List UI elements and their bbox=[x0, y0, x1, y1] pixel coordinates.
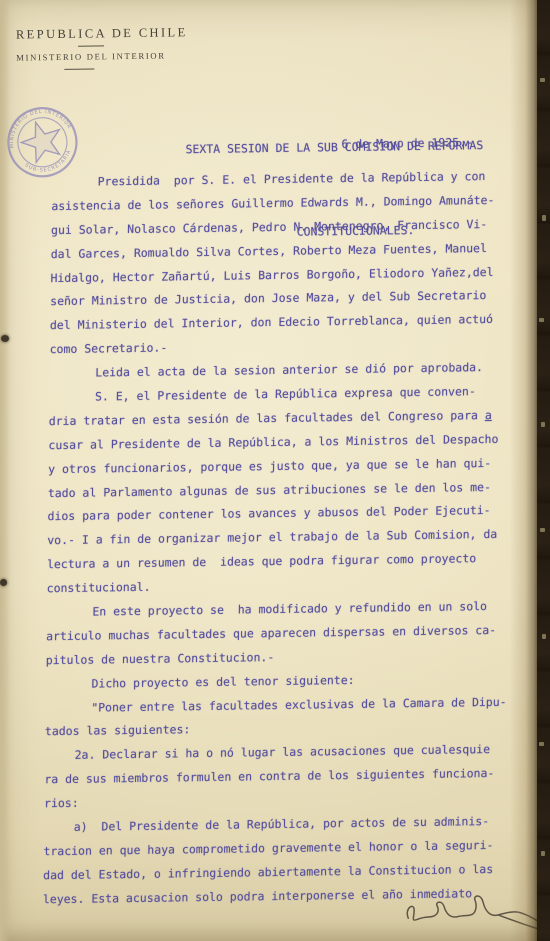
page-fleck bbox=[542, 634, 546, 639]
page-fleck bbox=[540, 528, 545, 532]
underlined-letter: a bbox=[485, 408, 492, 422]
minutes-body: Presidida por S. E. el Presidente de la … bbox=[43, 165, 514, 912]
page-fleck bbox=[540, 78, 545, 82]
book-binding-edge bbox=[537, 0, 550, 941]
page-curl-shadow bbox=[510, 0, 538, 941]
letterhead-rule bbox=[78, 45, 104, 46]
scanned-document: REPUBLICA DE CHILE MINISTERIO DEL INTERI… bbox=[0, 0, 550, 941]
body-line-text: dria tratar en esta sesión de las facult… bbox=[49, 408, 485, 428]
page-fleck bbox=[541, 422, 545, 427]
session-date: 6 de Mayo de 1925.- bbox=[341, 135, 473, 151]
letterhead-ministry: MINISTERIO DEL INTERIOR bbox=[16, 50, 188, 62]
page-content: REPUBLICA DE CHILE MINISTERIO DEL INTERI… bbox=[0, 0, 550, 941]
scan-edge-left bbox=[0, 0, 10, 941]
page-fleck bbox=[541, 851, 545, 856]
binding-hole bbox=[1, 335, 9, 342]
page-fleck bbox=[542, 215, 546, 221]
letterhead: REPUBLICA DE CHILE MINISTERIO DEL INTERI… bbox=[16, 25, 188, 70]
page-fleck bbox=[539, 742, 544, 746]
letterhead-country: REPUBLICA DE CHILE bbox=[16, 25, 188, 42]
page-fleck bbox=[539, 318, 544, 322]
binding-hole bbox=[0, 579, 7, 586]
letterhead-rule bbox=[64, 68, 94, 69]
